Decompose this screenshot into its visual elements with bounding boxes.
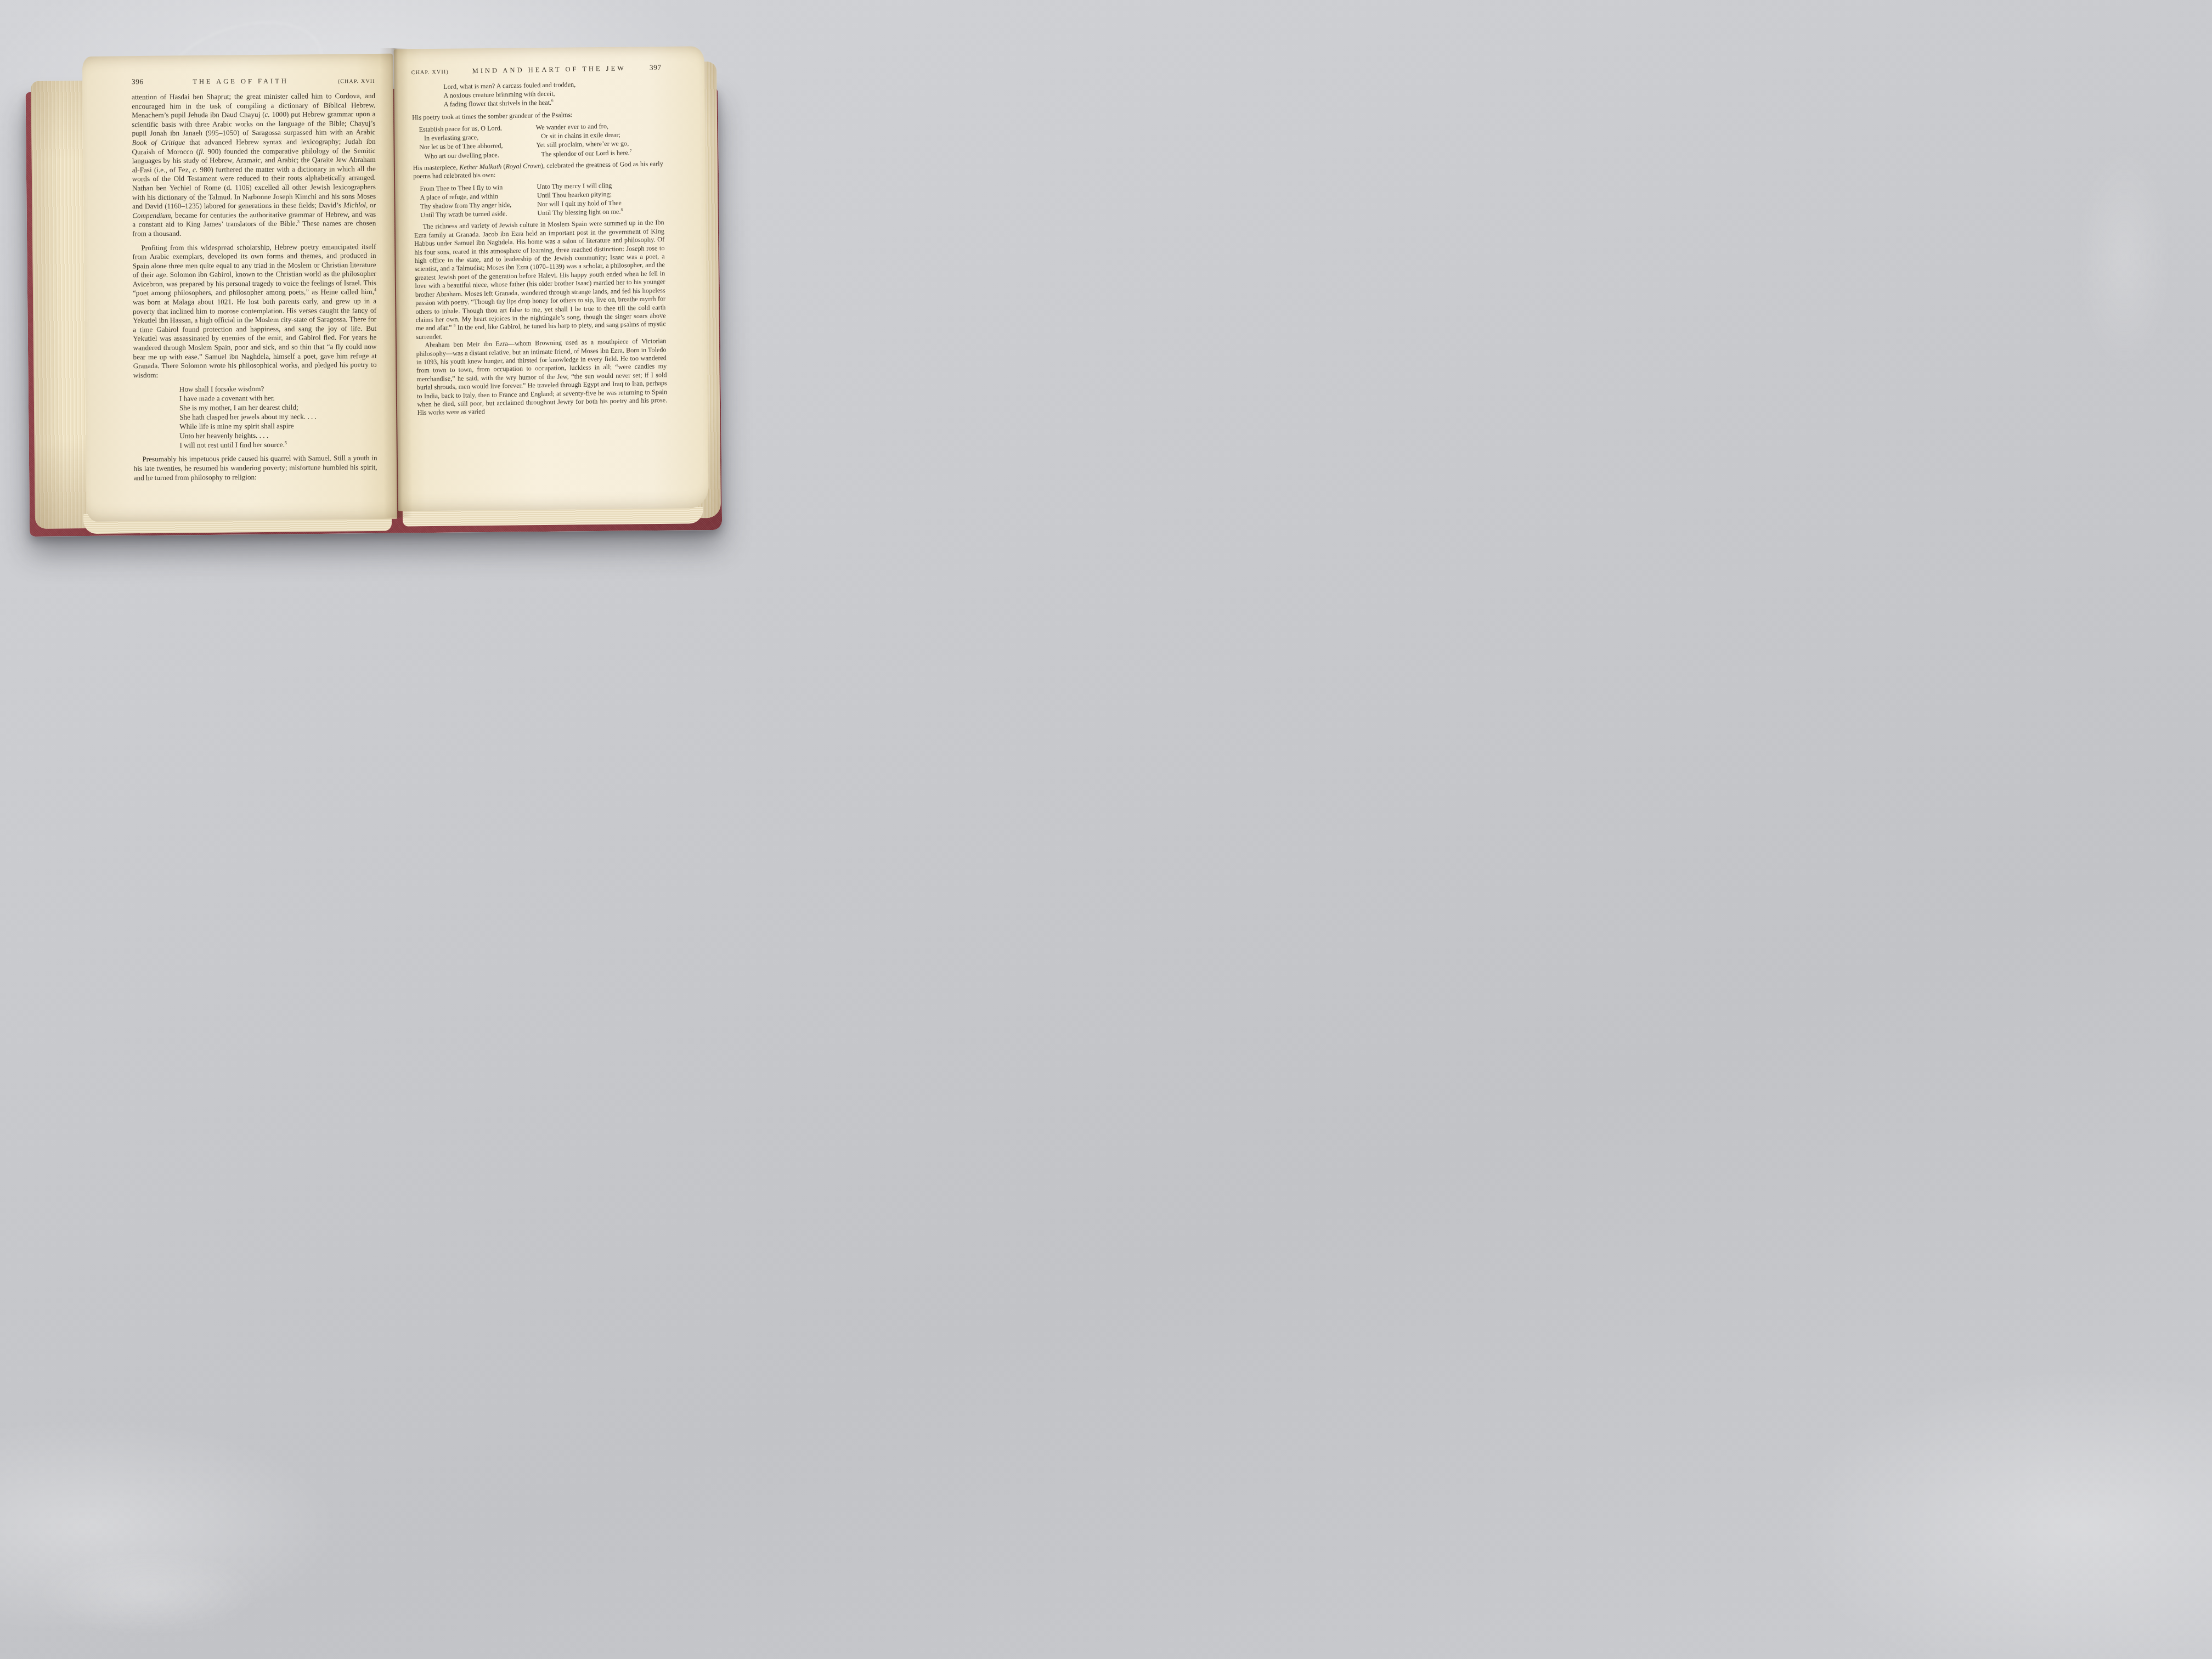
paragraph: His poetry took at times the somber gran… [412,109,662,122]
poem-line: Unto her heavenly heights. . . . [179,430,377,441]
poem-line: Who art our dwelling place. [419,150,536,161]
open-book: 396 THE AGE OF FAITH (CHAP. XVII attenti… [25,43,724,539]
right-page-header: CHAP. XVII) MIND AND HEART OF THE JEW 39… [411,63,662,76]
running-title-left: THE AGE OF FAITH [193,77,289,86]
poem-wisdom: How shall I forsake wisdom? I have made … [179,383,377,450]
paragraph: Presumably his impetuous pride caused hi… [133,454,377,482]
chapter-label-left: (CHAP. XVII [338,78,375,84]
quatrain-right-column: Unto Thy mercy I will cling Until Thou h… [537,180,664,218]
left-page-header: 396 THE AGE OF FAITH (CHAP. XVII [132,76,375,86]
quatrain-left-column: From Thee to Thee I fly to win A place o… [420,182,537,220]
paragraph: Profiting from this widespread scholarsh… [132,242,376,380]
paragraph: attention of Hasdai ben Shaprut; the gre… [132,92,376,239]
poem-line: How shall I forsake wisdom? [179,383,377,394]
psalm-quatrain: Establish peace for us, O Lord, In everl… [419,121,663,161]
kether-malkuth-quatrain: From Thee to Thee I fly to win A place o… [420,180,664,220]
paragraph: Abraham ben Meir ibn Ezra—whom Browning … [416,337,667,417]
quatrain-left-column: Establish peace for us, O Lord, In everl… [419,123,536,161]
poem-line: While life is mine my spirit shall aspir… [179,421,377,431]
poem-line: Until Thy blessing light on me.8 [537,206,664,217]
poem-line: I have made a covenant with her. [179,393,377,403]
poem-line: The splendor of our Lord is here.7 [536,148,663,159]
chapter-label-right: CHAP. XVII) [411,69,449,76]
right-page-text: CHAP. XVII) MIND AND HEART OF THE JEW 39… [411,63,668,417]
quatrain-right-column: We wander ever to and fro, Or sit in cha… [536,121,663,159]
paragraph: The richness and variety of Jewish cultu… [414,219,667,342]
paragraph: His masterpiece, Kether Malkuth (Royal C… [413,160,663,181]
page-number-left: 396 [132,77,144,86]
page-number-right: 397 [650,63,662,72]
poem-line: Until Thy wrath be turned aside. [420,208,537,219]
left-page-text: 396 THE AGE OF FAITH (CHAP. XVII attenti… [132,76,377,483]
photo-scene: 396 THE AGE OF FAITH (CHAP. XVII attenti… [0,0,737,553]
book-gutter [380,48,413,517]
poem-line: She is my mother, I am her dearest child… [179,402,377,413]
poem-lord-what-is-man: Lord, what is man? A carcass fouled and … [443,78,662,109]
poem-line: I will not rest until I find her source.… [179,439,377,450]
poem-line: She hath clasped her jewels about my nec… [179,411,377,422]
left-page: 396 THE AGE OF FAITH (CHAP. XVII attenti… [82,54,397,522]
running-title-right: MIND AND HEART OF THE JEW [472,64,627,75]
right-page: CHAP. XVII) MIND AND HEART OF THE JEW 39… [394,46,709,511]
